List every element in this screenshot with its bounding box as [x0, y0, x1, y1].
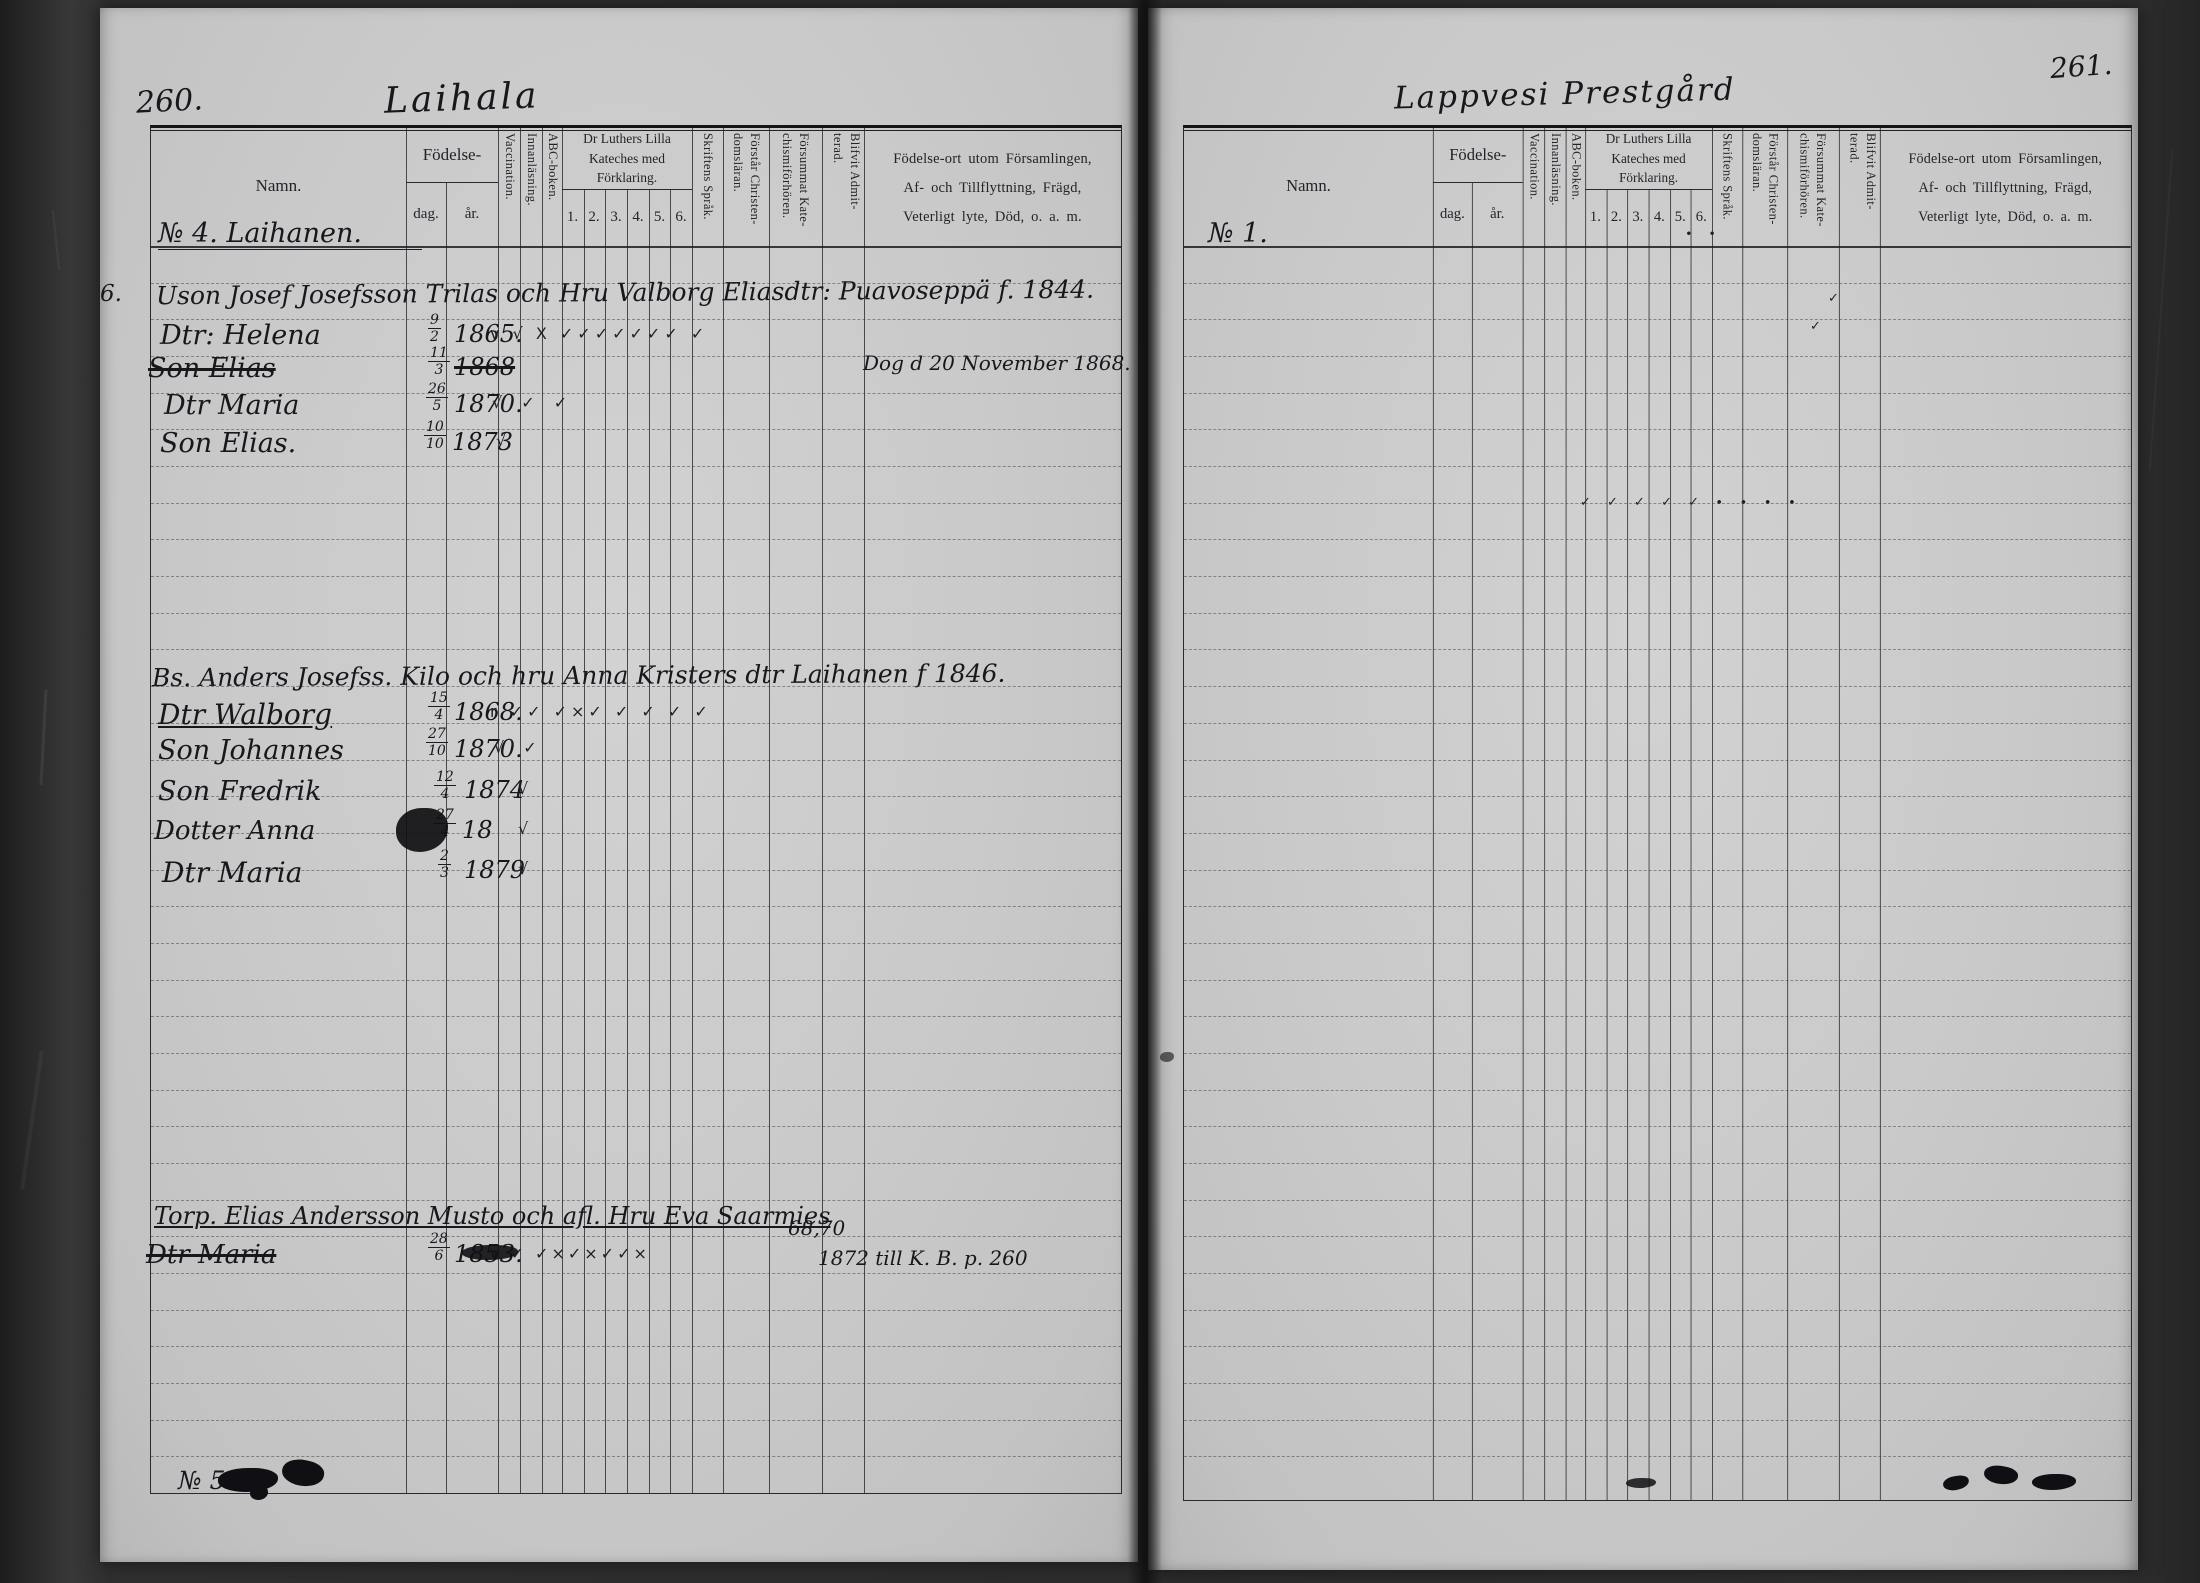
row-rule	[1184, 539, 2131, 540]
row-rule	[151, 1273, 1121, 1274]
column-rule	[1566, 128, 1567, 1500]
scattered-marks-row: ✓ ✓ ✓ ✓ ✓ ∙ ∙ ∙ ∙	[1580, 495, 1802, 510]
column-rule	[1585, 128, 1586, 1500]
col-header-forstar: Förstår Christen-domsläran.	[1748, 133, 1781, 243]
row-rule	[151, 1346, 1121, 1347]
row-rule	[1184, 980, 2131, 981]
row-rule	[1184, 1236, 2131, 1237]
col-header-fodelseort: Födelse-ort utom Församlingen, Af- och T…	[864, 138, 1121, 238]
entry-birth-day: 23	[438, 849, 451, 880]
entry-marks: √	[518, 859, 535, 878]
death-note: Dog d 20 November 1868.	[863, 351, 1131, 375]
kateches-sub-5: 5.	[649, 190, 670, 244]
col-header-dag: dag.	[1433, 183, 1472, 245]
family3-margin-number: 68,70	[788, 1216, 845, 1240]
entry-marks: √	[496, 431, 513, 450]
right-page: 261. Lappvesi Prestgård Namn. Födelse- d…	[1148, 8, 2138, 1570]
scattered-marks: ∙ ∙	[1685, 226, 1722, 240]
row-rule	[1184, 319, 2131, 320]
right-page-title: Lappvesi Prestgård	[1394, 72, 1736, 117]
row-rule	[151, 429, 1121, 430]
row-rule	[1184, 1273, 2131, 1274]
col-header-abc-boken: ABC-boken.	[544, 133, 561, 243]
row-rule	[1184, 1420, 2131, 1421]
row-rule	[1184, 283, 2131, 284]
left-page: 260. Laihala Namn. Födelse- dag. år. Vac…	[100, 8, 1138, 1562]
row-rule	[151, 503, 1121, 504]
ink-blot	[250, 1486, 268, 1500]
entry-name: Dtr: Helena	[160, 320, 321, 351]
entry-name: Son Fredrik	[158, 776, 322, 807]
col-header-forsummat: Försummat Kate-chismiförhören.	[1796, 133, 1829, 243]
page-gutter-shadow	[1128, 0, 1162, 1583]
entry-name: Dtr Walborg	[158, 698, 332, 731]
entry-marks: √ ✓	[494, 738, 544, 757]
row-rule	[151, 1126, 1121, 1127]
row-rule	[1184, 906, 2131, 907]
moved-note: 1872 till K. B. p. 260	[818, 1246, 1028, 1270]
right-page-number: 261.	[2049, 48, 2113, 85]
kateches-sub-3: 3.	[605, 190, 627, 244]
col-header-vaccination: Vaccination.	[501, 133, 518, 243]
kateches-sub-6: 6.	[670, 190, 692, 244]
row-rule	[151, 1200, 1121, 1201]
column-rule	[1649, 190, 1650, 1500]
row-rule	[151, 906, 1121, 907]
col-header-kateches: Dr Luthers Lilla Kateches med Förklaring…	[562, 128, 692, 190]
entry-birth-day: 1010	[424, 420, 446, 451]
col-header-blifvit: Blifvit Admit-terad.	[1846, 133, 1879, 243]
entry-birth-day: 286	[428, 1232, 450, 1263]
ink-smudge	[1160, 1052, 1174, 1062]
row-rule	[151, 1420, 1121, 1421]
column-rule	[670, 190, 671, 1493]
col-header-innanlasning: Innanläsning.	[523, 133, 540, 243]
row-rule	[1184, 686, 2131, 687]
row-rule	[151, 649, 1121, 650]
column-rule	[723, 128, 724, 1493]
kateches-sub-2: 2.	[583, 190, 605, 244]
scanned-parish-register: { "columns": { "namn": "Namn.", "fodelse…	[0, 0, 2200, 1583]
right-table: Namn. Födelse- dag. år. Vaccination. Inn…	[1183, 125, 2132, 1501]
column-rule	[649, 190, 650, 1493]
row-rule	[151, 1053, 1121, 1054]
col-header-fodelse: Födelse-	[406, 128, 498, 183]
entry-birth-day: 154	[428, 691, 450, 722]
column-rule	[1627, 190, 1628, 1500]
column-rule	[1712, 128, 1713, 1500]
col-header-abc-boken: ABC-boken.	[1568, 133, 1584, 243]
row-rule	[1184, 576, 2131, 577]
col-header-namn: Namn.	[151, 166, 406, 206]
entry-name: Son Johannes	[158, 735, 344, 766]
row-rule	[1184, 393, 2131, 394]
frame-scratch	[40, 690, 48, 785]
column-rule	[1544, 128, 1545, 1500]
col-header-ar: år.	[446, 183, 498, 245]
scattered-mark: ✓	[1810, 319, 1828, 334]
family3-head: Torp. Elias Andersson Musto och afl. Hru…	[154, 1202, 830, 1230]
entry-name: Dtr Maria	[162, 856, 302, 889]
row-rule	[1184, 1310, 2131, 1311]
column-rule	[822, 128, 823, 1493]
column-rule	[627, 190, 628, 1493]
row-rule	[1184, 1053, 2131, 1054]
column-rule	[1839, 128, 1840, 1500]
row-rule	[1184, 356, 2131, 357]
col-header-forsummat: Försummat Kate-chismiförhören.	[778, 133, 812, 243]
row-rule	[151, 576, 1121, 577]
column-rule	[1787, 128, 1788, 1500]
scattered-mark: ✓	[1828, 291, 1846, 306]
col-header-blifvit: Blifvit Admit-terad.	[829, 133, 863, 243]
section-heading: № 1.	[1208, 218, 1268, 249]
col-header-forstar: Förstår Christen-domsläran.	[729, 133, 763, 243]
column-rule	[1742, 128, 1743, 1500]
kateches-sub-1: 1.	[1585, 190, 1605, 244]
kateches-sub-4: 4.	[1649, 190, 1670, 244]
row-rule	[1184, 1383, 2131, 1384]
row-rule	[1184, 796, 2131, 797]
col-header-namn: Namn.	[1184, 166, 1433, 206]
row-rule	[151, 539, 1121, 540]
kateches-sub-1: 1.	[562, 190, 583, 244]
column-rule	[1691, 190, 1692, 1500]
entry-marks: √	[518, 819, 535, 838]
entry-birth-year: 18	[462, 816, 493, 844]
row-rule	[1184, 1016, 2131, 1017]
kateches-sub-2: 2.	[1606, 190, 1627, 244]
column-rule	[1880, 128, 1881, 1500]
frame-scratch	[52, 210, 60, 270]
row-rule	[151, 613, 1121, 614]
left-page-title: Laihala	[383, 75, 540, 121]
entry-name: Son Elias.	[160, 428, 296, 459]
column-rule	[1606, 190, 1607, 1500]
entry-birth-day: 92	[428, 313, 441, 344]
entry-marks: √	[518, 779, 535, 798]
col-header-kateches: Dr Luthers Lilla Kateches med Förklaring…	[1585, 128, 1712, 190]
row-rule	[151, 1016, 1121, 1017]
row-rule	[151, 1090, 1121, 1091]
row-rule	[151, 466, 1121, 467]
entry-name: Dtr Maria	[164, 390, 299, 421]
col-header-vaccination: Vaccination.	[1526, 133, 1542, 243]
col-header-innanlasning: Innanläsning.	[1547, 133, 1563, 243]
entry-name-struck: Son Elias	[148, 353, 276, 384]
row-rule	[1184, 649, 2131, 650]
left-page-number: 260.	[135, 82, 204, 120]
column-rule	[1523, 128, 1524, 1500]
column-rule	[769, 128, 770, 1493]
row-rule	[151, 1383, 1121, 1384]
entry-birth-year-struck: 1868	[454, 353, 515, 381]
col-header-fodelseort: Födelse-ort utom Församlingen, Af- och T…	[1880, 138, 2131, 238]
entry-birth-year: 1874	[464, 776, 525, 804]
column-rule	[605, 190, 606, 1493]
section-heading: № 4. Laihanen.	[158, 218, 422, 249]
entry-birth-day: 124	[434, 770, 456, 801]
col-header-fodelse: Födelse-	[1433, 128, 1523, 183]
row-rule	[1184, 1456, 2131, 1457]
row-rule	[151, 1310, 1121, 1311]
row-rule	[1184, 429, 2131, 430]
row-rule	[1184, 1163, 2131, 1164]
entry-name: Dotter Anna	[154, 816, 315, 846]
row-rule	[1184, 1346, 2131, 1347]
column-rule	[406, 128, 407, 1493]
row-rule	[1184, 870, 2131, 871]
entry-name-struck: Dtr Maria	[146, 1240, 276, 1270]
column-rule	[1433, 128, 1434, 1500]
family2-head: Bs. Anders Josefss. Kilo och hru Anna Kr…	[152, 659, 1006, 692]
col-header-ar: år.	[1472, 183, 1523, 245]
col-header-skriftens: Skriftens Språk.	[699, 133, 716, 243]
row-rule	[1184, 943, 2131, 944]
margin-number: 6.	[100, 281, 122, 307]
column-rule	[584, 190, 585, 1493]
frame-scratch	[20, 1050, 43, 1189]
entry-birth-day: 265	[426, 382, 448, 413]
entry-birth-day: 2710	[426, 727, 448, 758]
entry-marks: √ ✓ ✓	[492, 393, 574, 412]
column-rule	[1472, 183, 1473, 1500]
kateches-sub-3: 3.	[1627, 190, 1648, 244]
row-rule	[1184, 1090, 2131, 1091]
entry-birth-year: 1879	[464, 856, 525, 884]
row-rule	[151, 980, 1121, 981]
row-rule	[151, 1236, 1121, 1237]
row-rule	[1184, 613, 2131, 614]
kateches-sub-4: 4.	[627, 190, 649, 244]
row-rule	[1184, 466, 2131, 467]
row-rule	[1184, 1126, 2131, 1127]
entry-marks: v √ X ✓✓✓✓✓✓✓ ✓	[490, 324, 708, 343]
row-rule	[1184, 1200, 2131, 1201]
column-rule	[864, 128, 865, 1493]
row-rule	[1184, 833, 2131, 834]
row-rule	[151, 943, 1121, 944]
row-rule	[151, 1163, 1121, 1164]
entry-birth-day: 113	[428, 346, 450, 377]
header-bottom-rule	[1184, 246, 2131, 248]
row-rule	[151, 1456, 1121, 1457]
frame-scratch	[2149, 150, 2173, 469]
entry-marks: r ✓✓ ✓×✓ ✓ ✓ ✓ ✓	[490, 702, 712, 721]
column-rule	[1670, 190, 1671, 1500]
row-rule	[1184, 723, 2131, 724]
row-rule	[1184, 760, 2131, 761]
